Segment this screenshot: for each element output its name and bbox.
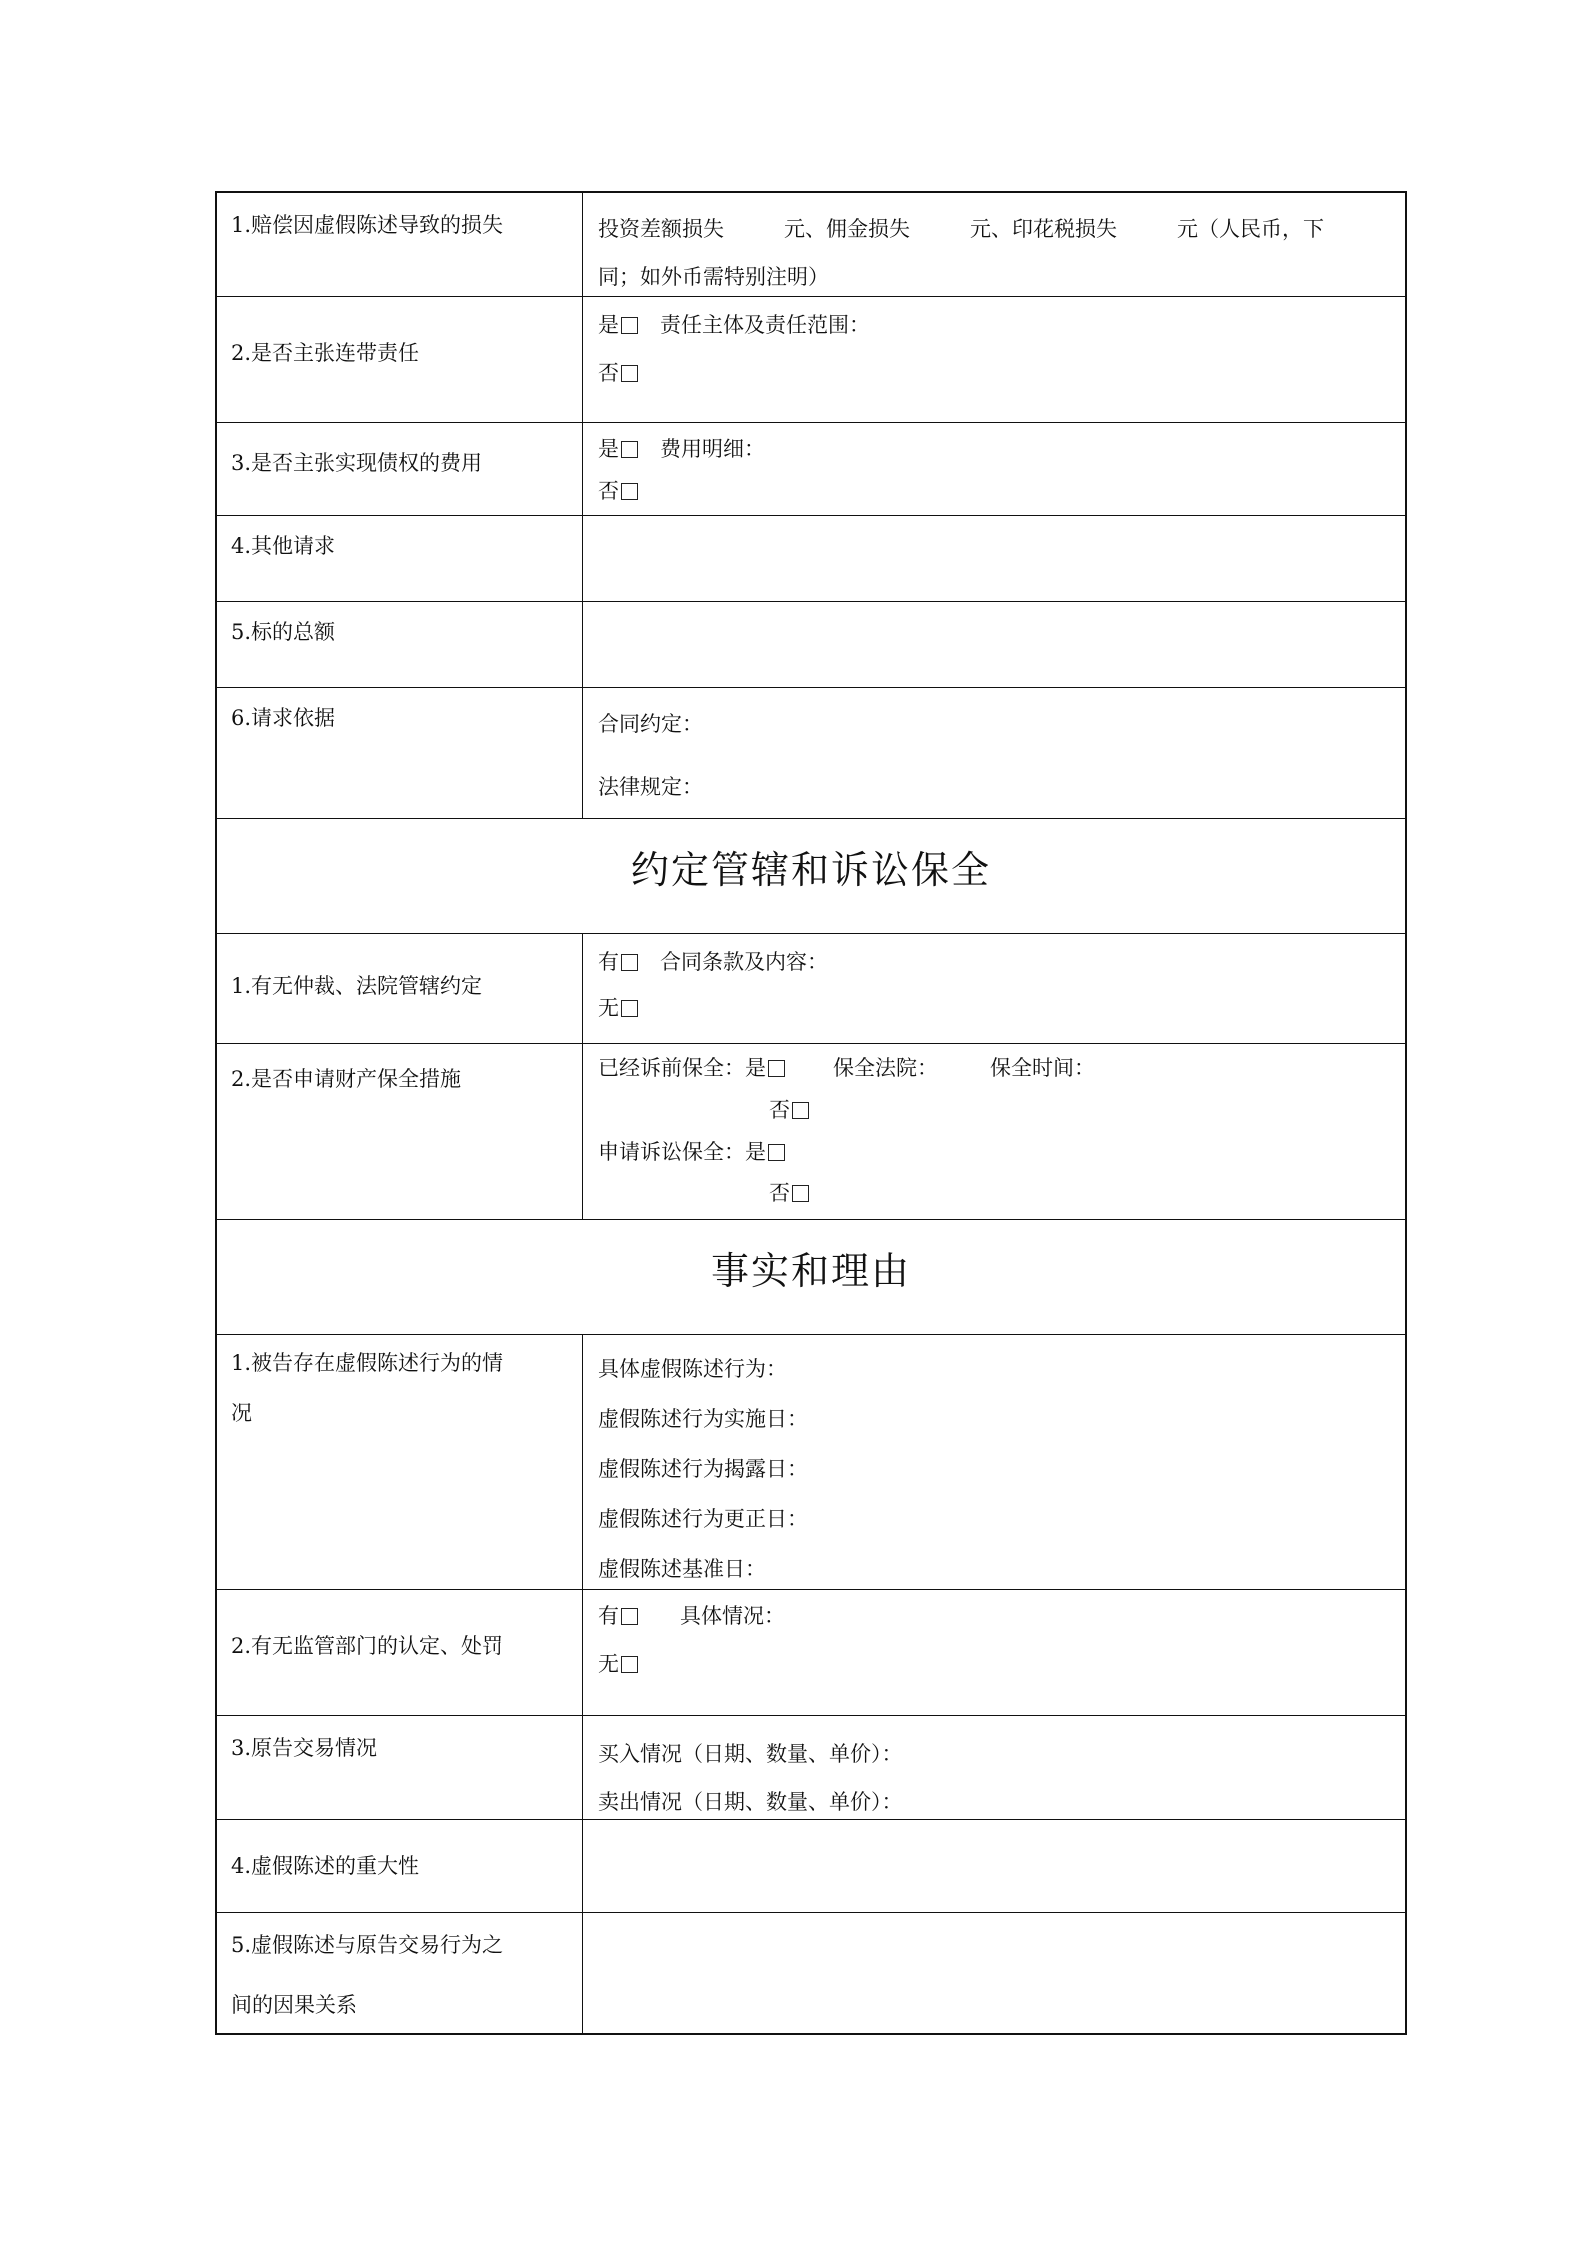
- row-total-amount: 5.标的总额: [217, 602, 1405, 688]
- checkbox-joint-liability-no[interactable]: [621, 365, 638, 382]
- row-creditor-costs: 3.是否主张实现债权的费用 是费用明细： 否: [217, 423, 1405, 516]
- label-claim-basis: 6.请求依据: [217, 688, 583, 818]
- section-title-facts: 事实和理由: [217, 1240, 1405, 1295]
- text-stamp-tax-loss: 元、印花税损失: [970, 217, 1117, 241]
- label-causation: 5.虚假陈述与原告交易行为之 间的因果关系: [217, 1913, 583, 2033]
- text-false-statement-act: 具体虚假陈述行为：: [598, 1353, 787, 1383]
- text-specific-situation: 具体情况：: [680, 1604, 785, 1628]
- label-regulatory-finding: 2.有无监管部门的认定、处罚: [217, 1590, 583, 1715]
- option-yes-label: 有: [598, 950, 619, 974]
- checkbox-pre-suit-yes[interactable]: [768, 1060, 785, 1077]
- checkbox-litigation-no[interactable]: [792, 1185, 809, 1202]
- text-implementation-date: 虚假陈述行为实施日：: [598, 1403, 808, 1433]
- row-materiality: 4.虚假陈述的重大性: [217, 1820, 1405, 1913]
- option-yes-label: 是: [598, 437, 619, 461]
- text-pre-suit-preservation: 已经诉前保全：: [598, 1056, 745, 1080]
- label-other-claims: 4.其他请求: [217, 516, 583, 601]
- section-jurisdiction: 约定管辖和诉讼保全: [217, 819, 1405, 934]
- text-buy-situation: 买入情况（日期、数量、单价）：: [598, 1738, 903, 1768]
- row-false-statement: 1.被告存在虚假陈述行为的情 况 具体虚假陈述行为： 虚假陈述行为实施日： 虚假…: [217, 1335, 1405, 1590]
- option-yes-label: 是: [745, 1056, 766, 1080]
- section-facts: 事实和理由: [217, 1220, 1405, 1335]
- text-currency-note-cont: 同；如外币需特别注明）: [598, 261, 829, 291]
- label-joint-liability: 2.是否主张连带责任: [217, 297, 583, 422]
- option-no-label: 否: [598, 361, 619, 385]
- text-commission-loss: 元、佣金损失: [784, 217, 910, 241]
- row-property-preservation: 2.是否申请财产保全措施 已经诉前保全：是保全法院：保全时间： 否 申请诉讼保全…: [217, 1044, 1405, 1220]
- row-arbitration-agreement: 1.有无仲裁、法院管辖约定 有合同条款及内容： 无: [217, 934, 1405, 1044]
- text-legal-basis: 法律规定：: [598, 771, 703, 801]
- text-correction-date: 虚假陈述行为更正日：: [598, 1503, 808, 1533]
- label-total-amount: 5.标的总额: [217, 602, 583, 687]
- checkbox-costs-yes[interactable]: [621, 441, 638, 458]
- text-sell-situation: 卖出情况（日期、数量、单价）：: [598, 1786, 903, 1816]
- field-compensation-loss[interactable]: 投资差额损失元、佣金损失元、印花税损失元（人民币，下 同；如外币需特别注明）: [583, 193, 1405, 296]
- label-creditor-costs: 3.是否主张实现债权的费用: [217, 423, 583, 515]
- label-false-statement: 1.被告存在虚假陈述行为的情 况: [217, 1335, 583, 1589]
- option-yes-label: 是: [598, 313, 619, 337]
- text-cost-details: 费用明细：: [660, 437, 765, 461]
- option-no-label: 否: [769, 1181, 790, 1205]
- label-line-2: 间的因果关系: [231, 1995, 357, 2016]
- row-plaintiff-trading: 3.原告交易情况 买入情况（日期、数量、单价）： 卖出情况（日期、数量、单价）：: [217, 1716, 1405, 1820]
- checkbox-regulatory-no[interactable]: [621, 1656, 638, 1673]
- section-title-jurisdiction: 约定管辖和诉讼保全: [217, 839, 1405, 894]
- row-claim-basis: 6.请求依据 合同约定： 法律规定：: [217, 688, 1405, 819]
- row-other-claims: 4.其他请求: [217, 516, 1405, 602]
- field-materiality[interactable]: [583, 1820, 1405, 1912]
- label-materiality: 4.虚假陈述的重大性: [217, 1820, 583, 1912]
- label-line-1: 1.被告存在虚假陈述行为的情: [231, 1353, 503, 1374]
- complaint-form-table: 1.赔偿因虚假陈述导致的损失 投资差额损失元、佣金损失元、印花税损失元（人民币，…: [215, 191, 1407, 2035]
- text-preservation-time: 保全时间：: [990, 1056, 1095, 1080]
- label-line-1: 5.虚假陈述与原告交易行为之: [231, 1935, 503, 1956]
- row-causation: 5.虚假陈述与原告交易行为之 间的因果关系: [217, 1913, 1405, 2033]
- label-compensation-loss: 1.赔偿因虚假陈述导致的损失: [217, 193, 583, 296]
- text-currency-note: 元（人民币，下: [1177, 217, 1324, 241]
- row-joint-liability: 2.是否主张连带责任 是责任主体及责任范围： 否: [217, 297, 1405, 423]
- text-litigation-preservation: 申请诉讼保全：: [598, 1140, 745, 1164]
- checkbox-arbitration-yes[interactable]: [621, 954, 638, 971]
- field-total-amount[interactable]: [583, 602, 1405, 687]
- text-liability-scope: 责任主体及责任范围：: [660, 313, 870, 337]
- text-base-date: 虚假陈述基准日：: [598, 1553, 766, 1583]
- field-causation[interactable]: [583, 1913, 1405, 2033]
- option-no-label: 否: [769, 1098, 790, 1122]
- row-regulatory-finding: 2.有无监管部门的认定、处罚 有具体情况： 无: [217, 1590, 1405, 1716]
- text-preservation-court: 保全法院：: [833, 1056, 938, 1080]
- label-plaintiff-trading: 3.原告交易情况: [217, 1716, 583, 1819]
- text-contract-clause: 合同条款及内容：: [660, 950, 828, 974]
- label-property-preservation: 2.是否申请财产保全措施: [217, 1044, 583, 1219]
- checkbox-pre-suit-no[interactable]: [792, 1102, 809, 1119]
- label-line-2: 况: [231, 1403, 252, 1424]
- checkbox-regulatory-yes[interactable]: [621, 1608, 638, 1625]
- checkbox-arbitration-no[interactable]: [621, 1000, 638, 1017]
- field-other-claims[interactable]: [583, 516, 1405, 601]
- option-no-label: 无: [598, 996, 619, 1020]
- checkbox-costs-no[interactable]: [621, 483, 638, 500]
- checkbox-joint-liability-yes[interactable]: [621, 317, 638, 334]
- option-yes-label: 是: [745, 1140, 766, 1164]
- text-investment-loss: 投资差额损失: [598, 217, 724, 241]
- option-yes-label: 有: [598, 1604, 619, 1628]
- option-no-label: 否: [598, 479, 619, 503]
- checkbox-litigation-yes[interactable]: [768, 1144, 785, 1161]
- row-compensation-loss: 1.赔偿因虚假陈述导致的损失 投资差额损失元、佣金损失元、印花税损失元（人民币，…: [217, 193, 1405, 297]
- label-arbitration-agreement: 1.有无仲裁、法院管辖约定: [217, 934, 583, 1043]
- text-disclosure-date: 虚假陈述行为揭露日：: [598, 1453, 808, 1483]
- text-contract-basis: 合同约定：: [598, 708, 703, 738]
- document-page: 1.赔偿因虚假陈述导致的损失 投资差额损失元、佣金损失元、印花税损失元（人民币，…: [0, 0, 1587, 2245]
- option-no-label: 无: [598, 1652, 619, 1676]
